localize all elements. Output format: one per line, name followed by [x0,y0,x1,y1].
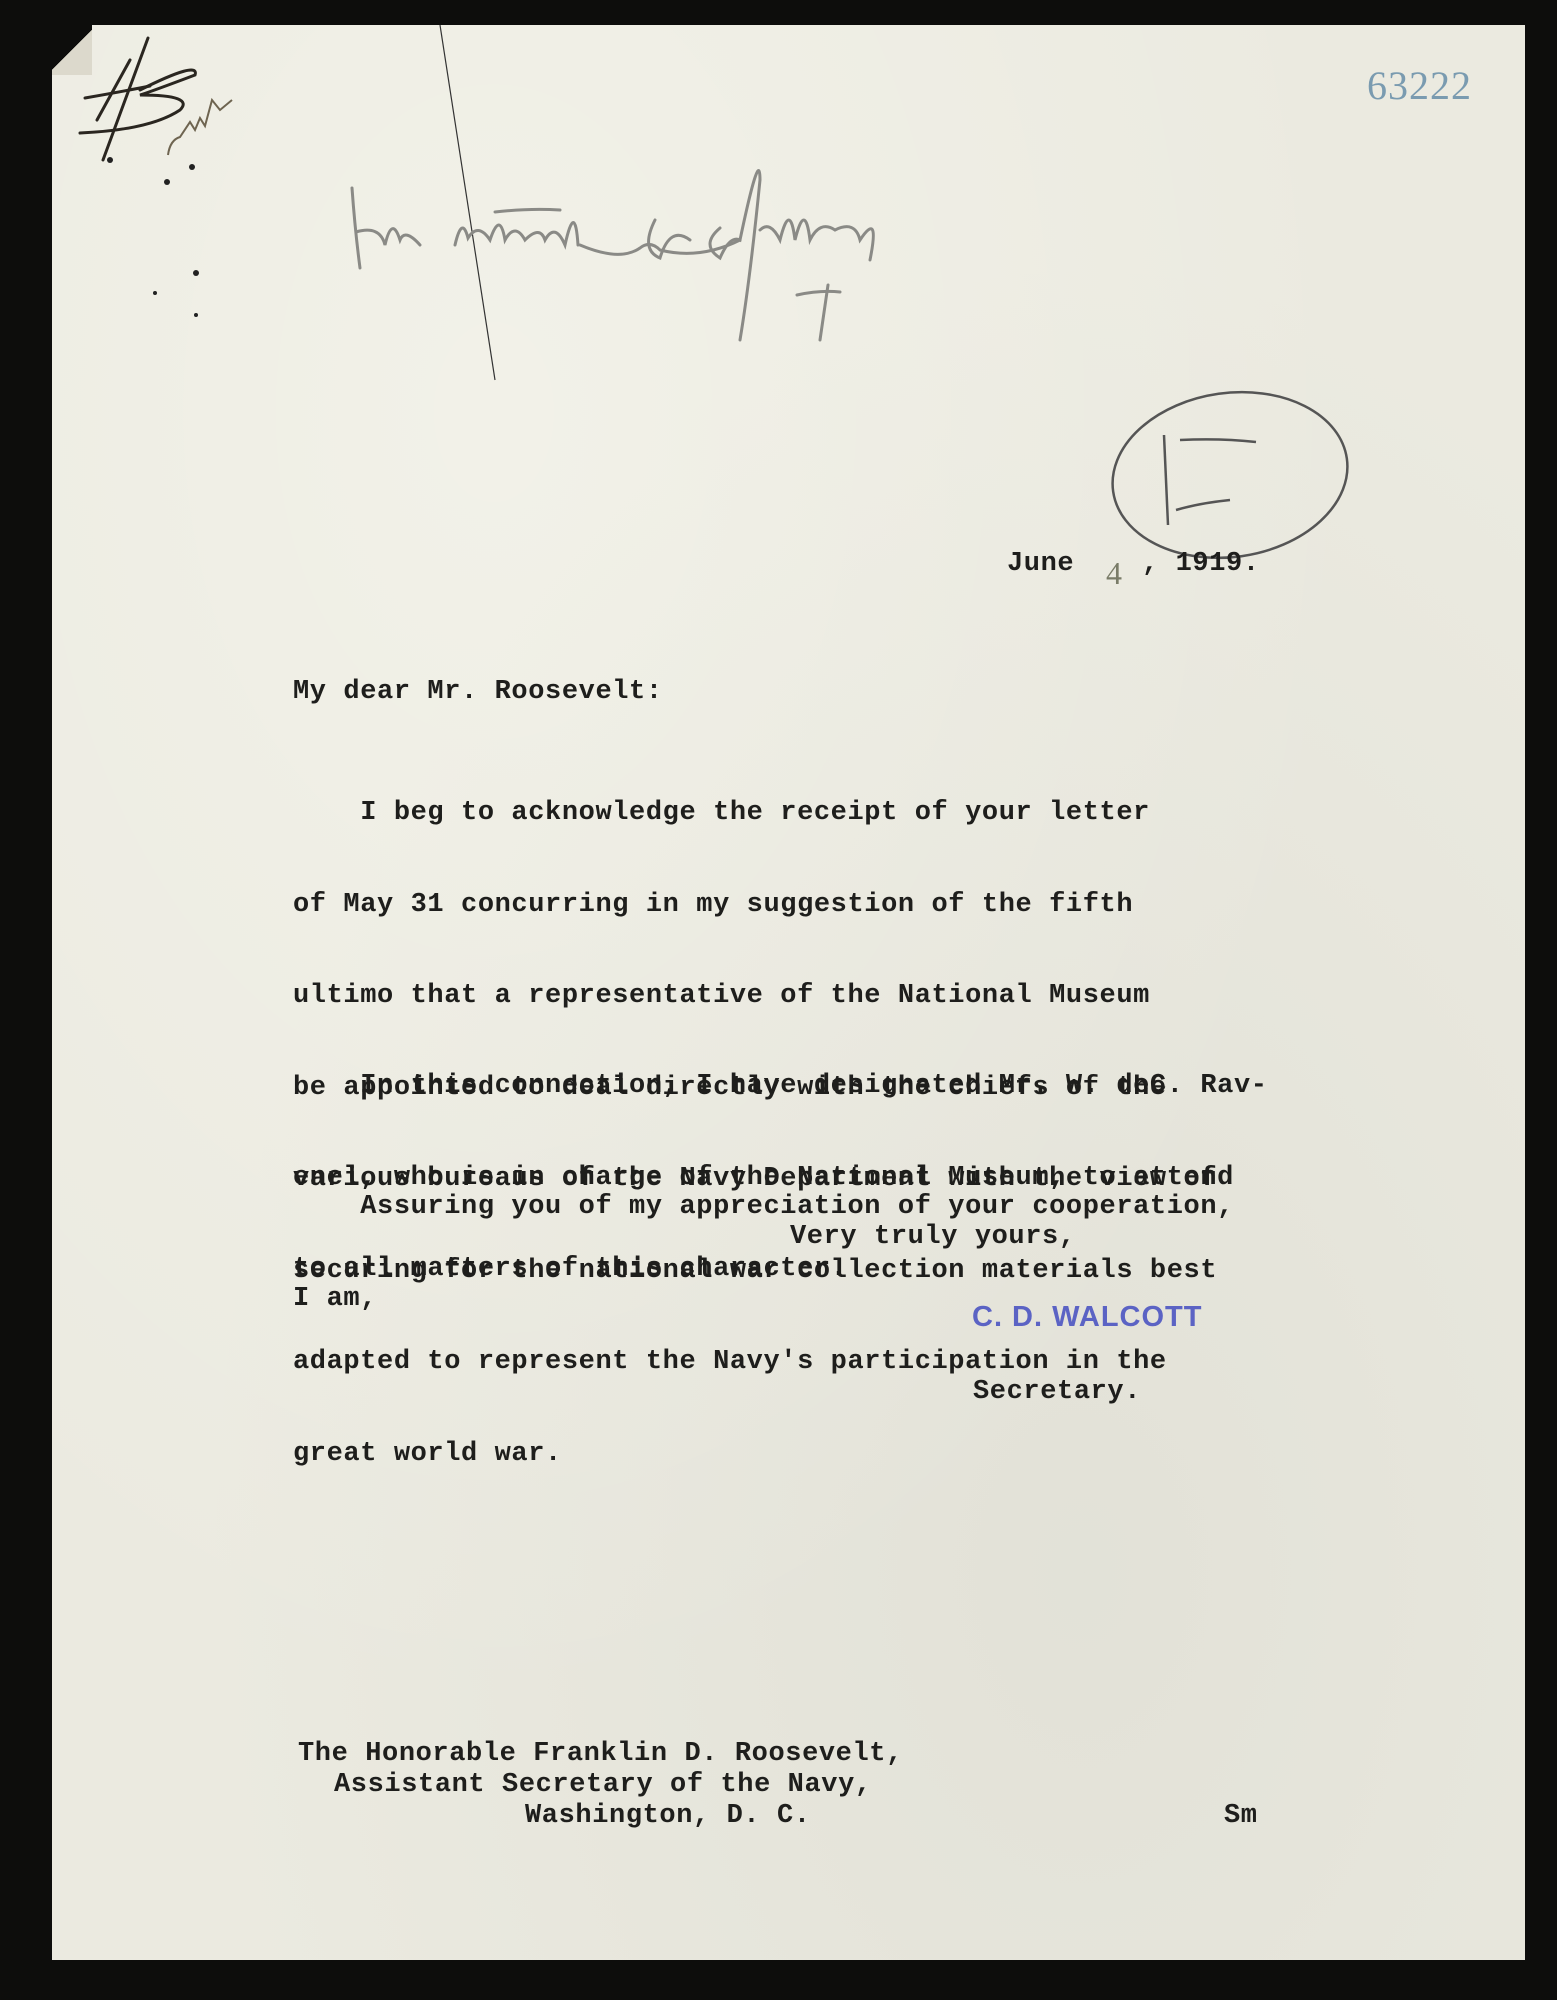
signer-title: Secretary. [973,1377,1141,1408]
recipient-line-2: Assistant Secretary of the Navy, [334,1770,872,1801]
date-year: , 1919. [1142,549,1260,580]
recipient-line-3: Washington, D. C. [525,1801,811,1832]
paragraph-line: I beg to acknowledge the receipt of your… [293,798,1217,829]
archive-number-stamp: 63222 [1367,62,1472,109]
paragraph-line: adapted to represent the Navy's particip… [293,1347,1217,1378]
typist-initials: Sm [1224,1801,1258,1832]
salutation: My dear Mr. Roosevelt: [293,677,663,708]
signature-stamp: C. D. WALCOTT [972,1301,1202,1334]
recipient-line-1: The Honorable Franklin D. Roosevelt, [298,1739,903,1770]
date-day-handwritten: 4 [1106,555,1122,592]
closing: Very truly yours, [790,1222,1076,1253]
paragraph-line: ultimo that a representative of the Nati… [293,981,1217,1012]
paragraph-line: Assuring you of my appreciation of your … [293,1192,1234,1223]
paragraph-line: great world war. [293,1439,1217,1470]
date-month: June [1007,549,1074,580]
paragraph-line: In this connection, I have designated Mr… [293,1071,1268,1102]
paragraph-line: of May 31 concurring in my suggestion of… [293,890,1217,921]
folded-corner [52,25,92,75]
